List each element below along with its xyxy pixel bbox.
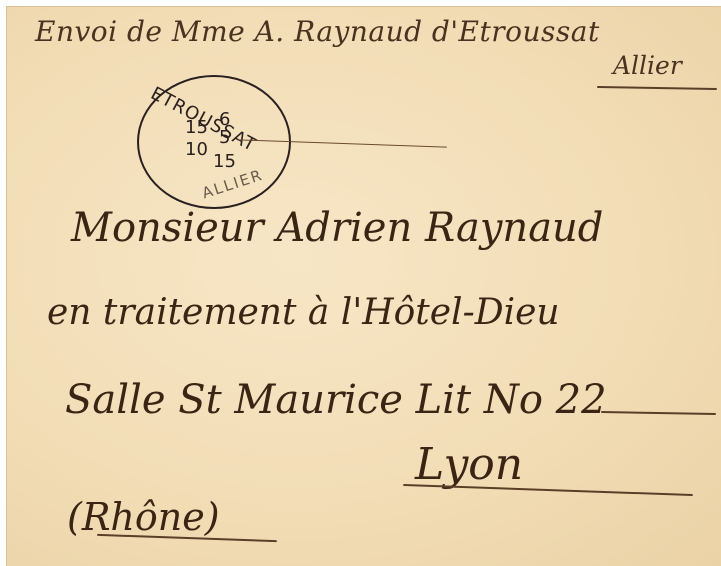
sender-line: Envoi de Mme A. Raynaud d'Etroussat — [35, 15, 600, 48]
postmark-stamp: ETROUSSAT 15 10 6 5 15 ALLIER — [137, 75, 291, 209]
city-underline — [403, 484, 693, 496]
postmark-date-left-2: 10 — [185, 141, 208, 159]
number-underline — [601, 411, 716, 415]
envelope: Envoi de Mme A. Raynaud d'Etroussat Alli… — [6, 6, 721, 566]
recipient-city: Lyon — [415, 439, 523, 490]
postmark-date-right-3: 15 — [213, 153, 236, 171]
sender-department: Allier — [613, 51, 682, 80]
postmark-date-left-1: 15 — [185, 119, 208, 137]
recipient-region: (Rhône) — [67, 495, 220, 539]
recipient-institution: en traitement à l'Hôtel-Dieu — [47, 292, 560, 333]
recipient-name: Monsieur Adrien Raynaud — [71, 205, 603, 251]
postmark-date-right-2: 5 — [219, 129, 230, 147]
sender-underline — [597, 86, 717, 90]
recipient-room: Salle St Maurice Lit No 22 — [65, 377, 607, 423]
